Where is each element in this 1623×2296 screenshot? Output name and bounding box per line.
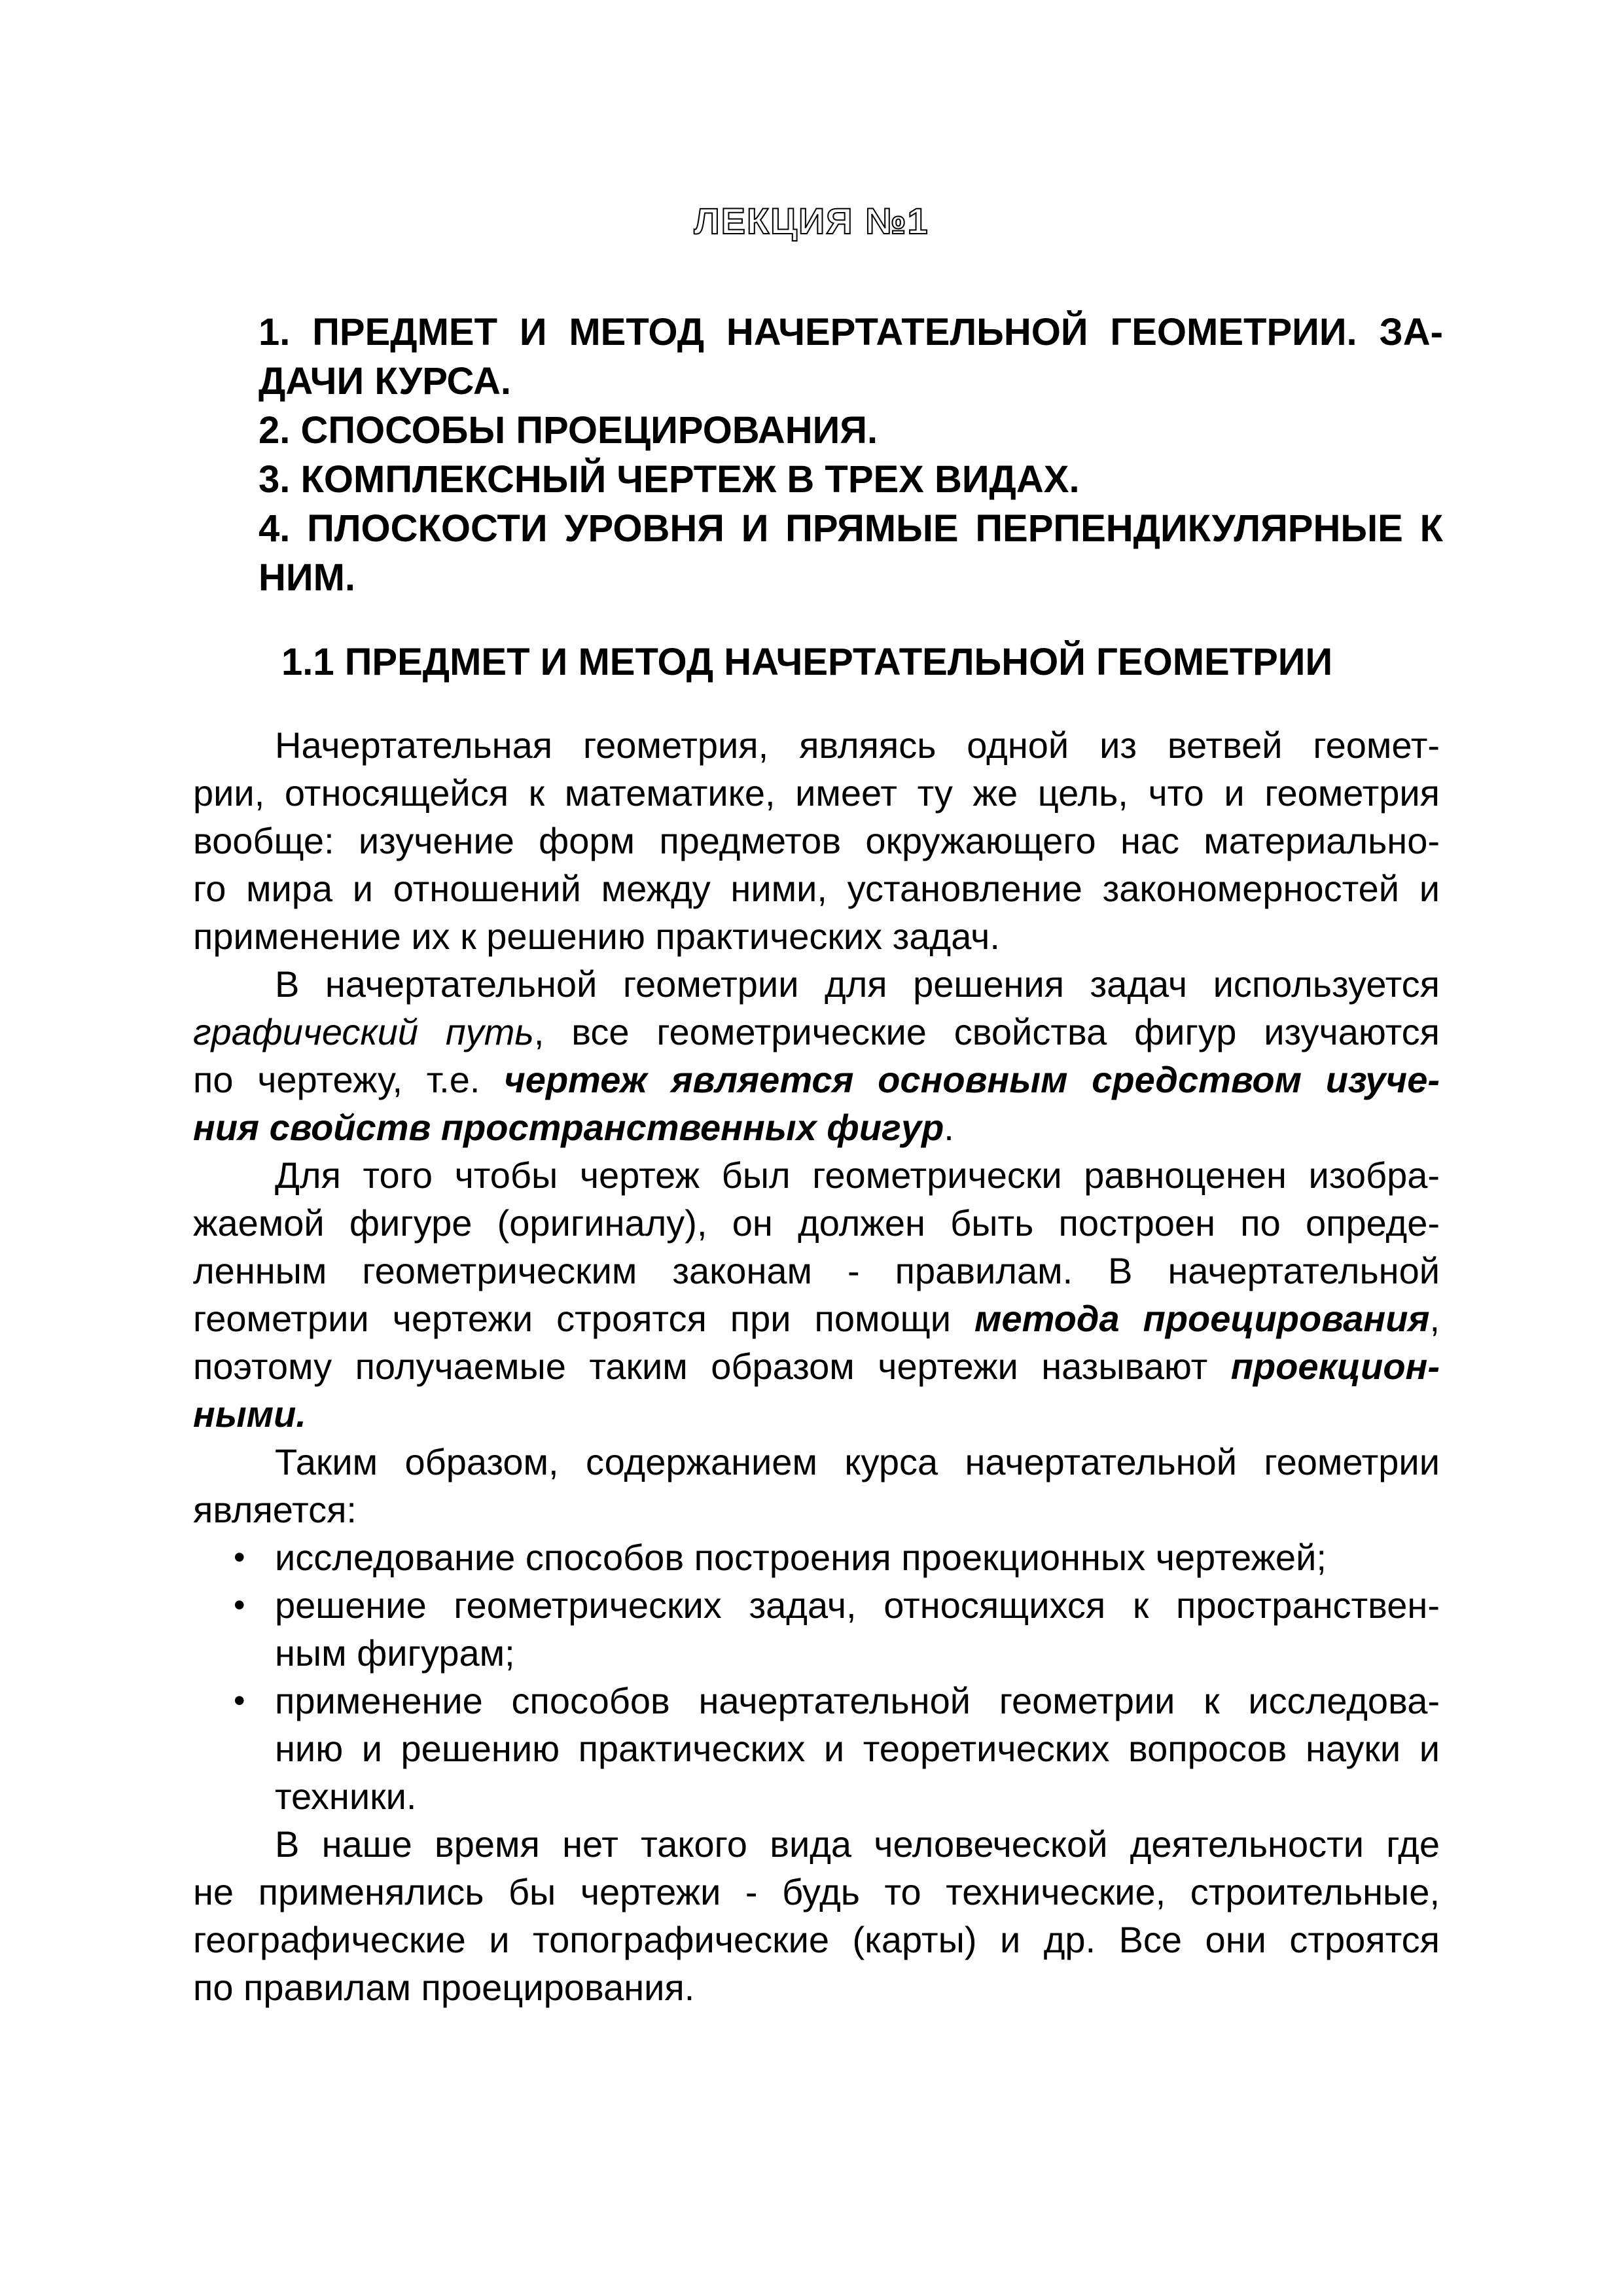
text-line: Начертательная геометрия, являясь одной …	[193, 721, 1440, 769]
text-line: ния свойств пространственных фигур.	[193, 1103, 1440, 1151]
topic-line: 1. ПРЕДМЕТ И МЕТОД НАЧЕРТАТЕЛЬНОЙ ГЕОМЕТ…	[259, 308, 1443, 357]
text-line: ными.	[193, 1390, 1440, 1438]
text-line: поэтому получаемые таким образом чертежи…	[193, 1342, 1440, 1390]
text-line: ным фигурам;	[193, 1629, 1440, 1677]
text-line: применение их к решению практических зад…	[193, 912, 1440, 960]
lecture-title: ЛЕКЦИЯ №1	[0, 200, 1623, 242]
text-line: рии, относящейся к математике, имеет ту …	[193, 769, 1440, 817]
bullet-icon: •	[234, 1534, 245, 1581]
topic-line: 2. СПОСОБЫ ПРОЕЦИРОВАНИЯ.	[259, 406, 1443, 455]
paragraph-4: Таким образом, содержанием курса начерта…	[193, 1438, 1440, 1534]
topic-line: НИМ.	[259, 553, 1443, 602]
text-run: исследование способов построения проекци…	[275, 1537, 1327, 1578]
text-line: жаемой фигуре (оригиналу), он должен быт…	[193, 1199, 1440, 1247]
emphasis-text: чертеж является основным средством изуче…	[504, 1059, 1440, 1100]
list-item: •применение способов начертательной геом…	[193, 1677, 1440, 1820]
document-page: ЛЕКЦИЯ №1 1. ПРЕДМЕТ И МЕТОД НАЧЕРТАТЕЛЬ…	[0, 0, 1623, 2296]
text-line: не применялись бы чертежи - будь то техн…	[193, 1868, 1440, 1916]
text-line: вообще: изучение форм предметов окружающ…	[193, 817, 1440, 865]
text-line: •применение способов начертательной геом…	[193, 1677, 1440, 1725]
paragraph-2: В начертательной геометрии для решения з…	[193, 960, 1440, 1151]
paragraph-5: В наше время нет такого вида человеческо…	[193, 1820, 1440, 2011]
topic-line: 3. КОМПЛЕКСНЫЙ ЧЕРТЕЖ В ТРЕХ ВИДАХ.	[259, 455, 1443, 504]
text-line: по правилам проецирования.	[193, 1964, 1440, 2011]
text-line: •решение геометрических задач, относящих…	[193, 1581, 1440, 1629]
text-line: В наше время нет такого вида человеческо…	[193, 1820, 1440, 1868]
text-run: решение геометрических задач, относящихс…	[275, 1585, 1440, 1626]
body-text: Начертательная геометрия, являясь одной …	[193, 721, 1440, 2011]
text-run: поэтому получаемые таким образом чертежи…	[193, 1346, 1231, 1387]
bullet-list: •исследование способов построения проекц…	[193, 1534, 1440, 1820]
emphasis-text: проекцион-	[1231, 1346, 1440, 1387]
topics-list: 1. ПРЕДМЕТ И МЕТОД НАЧЕРТАТЕЛЬНОЙ ГЕОМЕТ…	[259, 308, 1443, 602]
paragraph-1: Начертательная геометрия, являясь одной …	[193, 721, 1440, 960]
text-line: •исследование способов построения проекц…	[193, 1534, 1440, 1581]
text-line: геометрии чертежи строятся при помощи ме…	[193, 1295, 1440, 1342]
emphasis-text: метода проецирования	[974, 1298, 1429, 1339]
text-line: графический путь, все геометрические сво…	[193, 1008, 1440, 1056]
text-run: по чертежу, т.е.	[193, 1059, 504, 1100]
emphasis-text: ными.	[193, 1393, 306, 1435]
text-line: го мира и отношений между ними, установл…	[193, 865, 1440, 912]
topic-line: 4. ПЛОСКОСТИ УРОВНЯ И ПРЯМЫЕ ПЕРПЕНДИКУЛ…	[259, 504, 1443, 553]
text-run: ,	[1429, 1298, 1440, 1339]
italic-term: графический путь	[193, 1011, 534, 1052]
text-run: применение способов начертательной геоме…	[275, 1680, 1440, 1721]
text-line: по чертежу, т.е. чертеж является основны…	[193, 1056, 1440, 1103]
text-run: геометрии чертежи строятся при помощи	[193, 1298, 974, 1339]
emphasis-text: ния свойств пространственных фигур	[193, 1107, 944, 1148]
topic-line: ДАЧИ КУРСА.	[259, 357, 1443, 406]
text-run: , все геометрические свойства фигур изуч…	[534, 1011, 1440, 1052]
paragraph-3: Для того чтобы чертеж был геометрически …	[193, 1151, 1440, 1438]
text-run: .	[944, 1107, 954, 1148]
list-item: •решение геометрических задач, относящих…	[193, 1581, 1440, 1677]
bullet-icon: •	[234, 1677, 245, 1725]
text-line: ленным геометрическим законам - правилам…	[193, 1247, 1440, 1295]
list-item: •исследование способов построения проекц…	[193, 1534, 1440, 1581]
text-line: Таким образом, содержанием курса начерта…	[193, 1438, 1440, 1486]
text-line: В начертательной геометрии для решения з…	[193, 960, 1440, 1008]
text-line: техники.	[193, 1772, 1440, 1820]
bullet-icon: •	[234, 1581, 245, 1629]
text-line: Для того чтобы чертеж был геометрически …	[193, 1151, 1440, 1199]
text-line: географические и топографические (карты)…	[193, 1916, 1440, 1964]
text-line: является:	[193, 1486, 1440, 1534]
text-line: нию и решению практических и теоретическ…	[193, 1725, 1440, 1772]
section-heading: 1.1 ПРЕДМЕТ И МЕТОД НАЧЕРТАТЕЛЬНОЙ ГЕОМЕ…	[281, 640, 1332, 684]
